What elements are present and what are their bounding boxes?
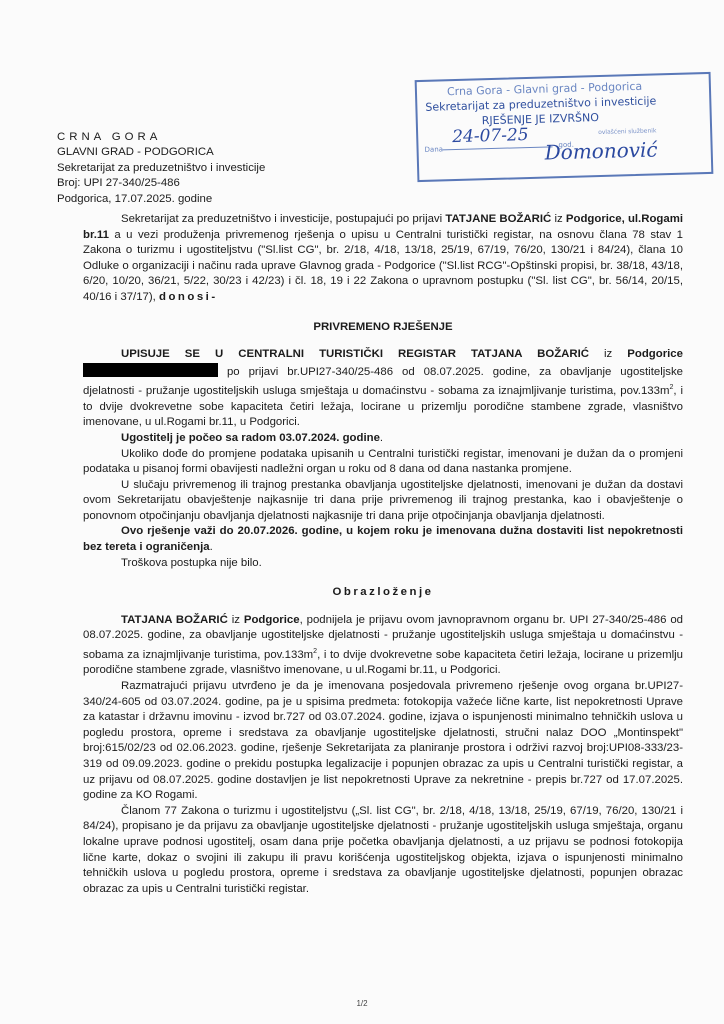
text: UPISUJE SE U CENTRALNI TURISTIČKI REGIST… — [121, 348, 589, 360]
text: TATJANA BOŽARIĆ — [121, 614, 228, 626]
text: Ugostitelj je počeo sa radom 03.07.2024.… — [121, 432, 380, 444]
text: . — [210, 541, 213, 553]
applicant-name: TATJANE BOŽARIĆ — [445, 213, 551, 225]
text: Podgorice — [627, 348, 683, 360]
reasoning-paragraph-2: Razmatrajući prijavu utvrđeno je da je i… — [83, 679, 683, 804]
header-city: GLAVNI GRAD - PODGORICA — [57, 145, 265, 160]
decision-title: PRIVREMENO RJEŠENJE — [83, 320, 683, 336]
official-stamp: Crna Gora - Glavni grad - Podgorica Sekr… — [415, 72, 714, 182]
text: iz — [551, 213, 566, 225]
stamp-dana-label: Dana — [424, 145, 443, 154]
donosi-keyword: donosi- — [159, 291, 218, 303]
text: Sekretarijat za preduzetništvo i investi… — [121, 213, 445, 225]
text: . — [380, 432, 383, 444]
stamp-official-label: ovlašćeni službenik — [598, 127, 656, 136]
decision-paragraph-4: U slučaju privremenog ili trajnog presta… — [83, 478, 683, 525]
header-number: Broj: UPI 27-340/25-486 — [57, 176, 265, 191]
header-department: Sekretarijat za preduzetništvo i investi… — [57, 161, 265, 176]
decision-paragraph-2: Ugostitelj je počeo sa radom 03.07.2024.… — [83, 431, 683, 447]
decision-paragraph-3: Ukoliko dođe do promjene podataka upisan… — [83, 447, 683, 478]
document-header: CRNA GORA GLAVNI GRAD - PODGORICA Sekret… — [57, 130, 265, 207]
text: Podgorice — [244, 614, 300, 626]
decision-paragraph-6: Troškova postupka nije bilo. — [83, 556, 683, 572]
text: Ovo rješenje važi do 20.07.2026. godine,… — [83, 525, 683, 553]
reasoning-title: Obrazloženje — [83, 585, 683, 601]
decision-paragraph-5: Ovo rješenje važi do 20.07.2026. godine,… — [83, 524, 683, 555]
text: iz — [228, 614, 244, 626]
stamp-signature: Domonović — [544, 137, 658, 164]
header-place-date: Podgorica, 17.07.2025. godine — [57, 192, 265, 207]
document-body: Sekretarijat za preduzetništvo i investi… — [83, 212, 683, 897]
stamp-date: 24-07-25 — [452, 125, 529, 147]
reasoning-paragraph-1: TATJANA BOŽARIĆ iz Podgorice, podnijela … — [83, 613, 683, 679]
redacted-block — [83, 363, 218, 377]
intro-paragraph: Sekretarijat za preduzetništvo i investi… — [83, 212, 683, 306]
page-number: 1/2 — [0, 999, 724, 1008]
text: iz — [589, 348, 627, 360]
header-country: CRNA GORA — [57, 130, 265, 145]
decision-paragraph-1: UPISUJE SE U CENTRALNI TURISTIČKI REGIST… — [83, 347, 683, 431]
reasoning-paragraph-3: Članom 77 Zakona o turizmu i ugostiteljs… — [83, 804, 683, 898]
